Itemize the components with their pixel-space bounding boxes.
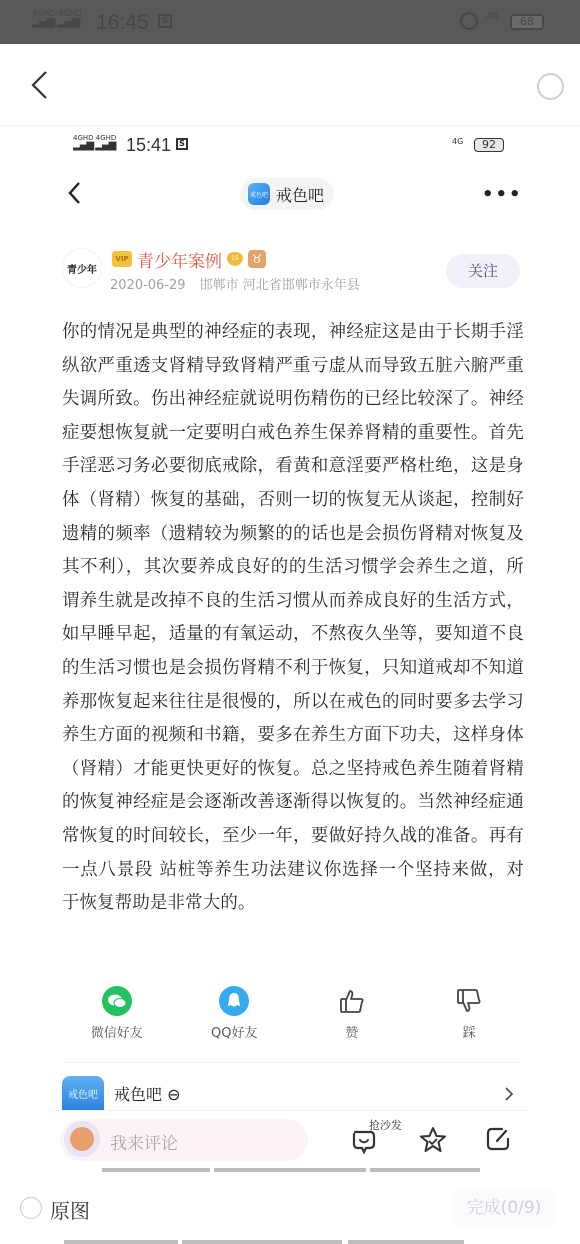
more-options-button[interactable]: ••• xyxy=(482,184,523,205)
signal-icon: 4GHD 4GHD▂▄▆ ▂▄▆ xyxy=(73,135,116,150)
thumbs-down-icon xyxy=(456,988,482,1014)
forum-title: 戒色吧 xyxy=(276,183,324,206)
author-meta: 2020-06-29邯郸市 河北省邯郸市永年县 xyxy=(110,274,360,293)
qq-icon xyxy=(219,986,249,1016)
share-label: 赞 xyxy=(345,1022,358,1041)
share-label: QQ好友 xyxy=(211,1022,257,1041)
share-icon[interactable] xyxy=(484,1125,512,1153)
sim-icon: S xyxy=(158,14,172,28)
scroll-indicator xyxy=(370,1168,480,1172)
forum-title-pill[interactable]: 戒色吧 戒色吧 xyxy=(240,178,334,210)
viewer-footer: 原图 完成(0/9) xyxy=(0,1180,580,1244)
battery-icon: 92 xyxy=(474,138,504,152)
share-wechat-button[interactable]: 微信好友 xyxy=(58,986,176,1048)
thumbs-up-icon xyxy=(339,988,365,1014)
author-line: VIP 青少年案例 15 ♉ xyxy=(112,248,266,270)
original-image-radio[interactable] xyxy=(20,1197,42,1219)
share-row: 微信好友 QQ好友 赞 踩 xyxy=(58,986,528,1048)
zodiac-icon: ♉ xyxy=(248,250,266,268)
post-body-text: 你的情况是典型的神经症的表现，神经症这是由于长期手淫纵欲严重透支肾精导致肾精严重… xyxy=(62,316,524,921)
author-row: 青少年 VIP 青少年案例 15 ♉ 2020-06-29邯郸市 河北省邯郸市永… xyxy=(62,246,522,296)
outer-status-bar: 4GHD 4GHD▂▄▆ ▂▄▆ 16:45 S 4G 68 xyxy=(0,0,580,44)
comment-input[interactable]: 我来评论 xyxy=(60,1119,308,1161)
outer-status-time: 16:45 xyxy=(96,11,149,35)
scroll-indicator xyxy=(64,1240,178,1244)
scroll-indicator xyxy=(348,1240,464,1244)
inner-status-bar: 4GHD 4GHD▂▄▆ ▂▄▆ 15:41 S 4G 92 xyxy=(0,126,580,164)
forum-logo-icon: 戒色吧 xyxy=(248,183,270,205)
post-back-button[interactable] xyxy=(66,180,84,206)
level-badge-icon: 15 xyxy=(227,252,243,266)
chevron-right-icon xyxy=(504,1086,514,1102)
sofa-label: 抢沙发 xyxy=(369,1117,402,1133)
forum-badge-icon: ⊖ xyxy=(167,1085,180,1104)
forum-name: 戒色吧 ⊖ xyxy=(114,1082,181,1105)
done-button[interactable]: 完成(0/9) xyxy=(452,1188,556,1228)
share-qq-button[interactable]: QQ好友 xyxy=(176,986,294,1048)
post-date: 2020-06-29 xyxy=(110,278,186,293)
share-label: 踩 xyxy=(463,1022,476,1041)
user-avatar xyxy=(64,1121,100,1157)
chevron-left-icon xyxy=(66,180,84,206)
divider xyxy=(62,1062,518,1063)
share-label: 微信好友 xyxy=(91,1022,143,1041)
dislike-button[interactable]: 踩 xyxy=(411,986,529,1048)
network-label: 4G xyxy=(452,137,463,146)
original-image-label[interactable]: 原图 xyxy=(50,1195,90,1224)
viewer-header xyxy=(0,44,580,126)
follow-button[interactable]: 关注 xyxy=(446,254,520,288)
like-button[interactable]: 赞 xyxy=(293,986,411,1048)
network-label: 4G xyxy=(486,12,499,22)
scroll-indicator xyxy=(102,1168,210,1172)
favorite-star-icon[interactable] xyxy=(418,1125,448,1155)
battery-icon: 68 xyxy=(510,14,544,30)
post-location: 邯郸市 河北省邯郸市永年县 xyxy=(200,278,360,293)
signal-icon: 4GHD 4GHD▂▄▆ ▂▄▆ xyxy=(32,10,81,27)
author-name[interactable]: 青少年案例 xyxy=(137,247,222,272)
forum-logo-icon: 戒色吧 xyxy=(62,1076,104,1110)
select-image-radio[interactable] xyxy=(537,73,564,100)
chevron-left-icon xyxy=(28,70,52,100)
sim-icon: S xyxy=(176,138,188,150)
viewer-back-button[interactable] xyxy=(28,70,52,100)
alarm-icon xyxy=(460,12,478,30)
wechat-icon xyxy=(102,986,132,1016)
crown-icon: VIP xyxy=(112,251,132,267)
scroll-indicator xyxy=(214,1168,366,1172)
inner-status-time: 15:41 xyxy=(126,135,171,156)
comment-bar: 我来评论 抢沙发 xyxy=(52,1110,528,1168)
post-nav-bar: 戒色吧 戒色吧 ••• xyxy=(0,164,580,224)
author-avatar[interactable]: 青少年 xyxy=(62,248,102,288)
forum-entry-row[interactable]: 戒色吧 戒色吧 ⊖ xyxy=(62,1074,522,1110)
scroll-indicator xyxy=(182,1240,342,1244)
comment-placeholder: 我来评论 xyxy=(110,1129,178,1154)
